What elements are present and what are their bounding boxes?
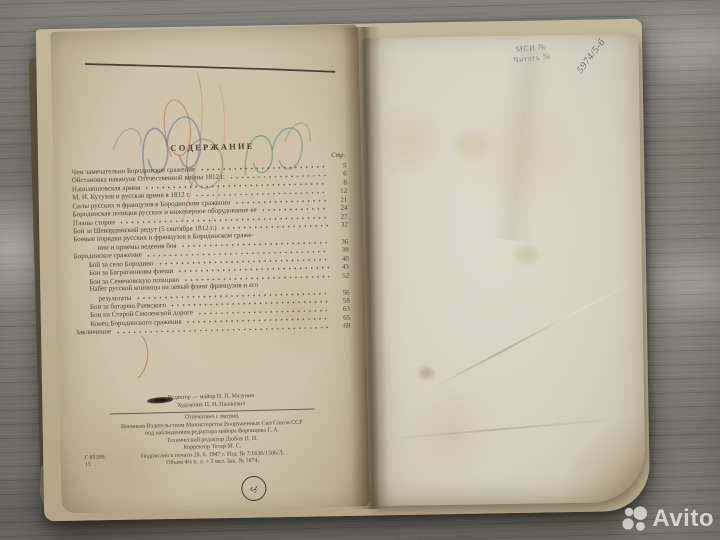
toc-entry-page: 52 [332, 271, 349, 280]
stain [420, 367, 434, 379]
stain [454, 131, 490, 158]
open-book: СОДЕРЖАНИЕ Стр. Чем замечательно Бородин… [0, 0, 720, 540]
toc-entry-page: 69 [333, 322, 350, 331]
pencil-stamp: МСИ № Читать № [512, 42, 552, 65]
page-crease [489, 44, 553, 243]
printed-lines: Отпечатано с матрицВоенным Издательством… [84, 411, 341, 455]
stain [516, 245, 538, 263]
avito-watermark: Avito [621, 505, 714, 532]
page-crease [389, 418, 618, 440]
toc-entries: Чем замечательно Бородинское сражение5Об… [71, 161, 350, 336]
toc-entry-title: Заключение [75, 328, 111, 337]
table-of-contents: СОДЕРЖАНИЕ Стр. Чем замечательно Бородин… [71, 139, 351, 336]
toc-entry-page: 32 [331, 221, 348, 230]
pencil-note: 5974/5-б [575, 37, 608, 76]
imprint-block: Редактор — майор Н. П. Мазунин Художник … [83, 391, 341, 470]
photo-scene: СОДЕРЖАНИЕ Стр. Чем замечательно Бородин… [0, 0, 720, 540]
dotted-leader [259, 203, 327, 212]
price-mark-text: 5- [248, 483, 260, 495]
avito-watermark-text: Avito [652, 507, 714, 531]
page-crease [435, 276, 644, 388]
left-page: СОДЕРЖАНИЕ Стр. Чем замечательно Бородин… [50, 24, 370, 513]
price-mark: 5- [237, 471, 272, 506]
sheet-number: 15 [85, 462, 91, 470]
right-page: МСИ № Читать № 5974/5-б [362, 34, 645, 506]
volume-line-text: Объем 4¼ п. л. + 1 вкл. Зак. № 1874. [166, 458, 259, 466]
avito-logo-icon [621, 505, 648, 532]
